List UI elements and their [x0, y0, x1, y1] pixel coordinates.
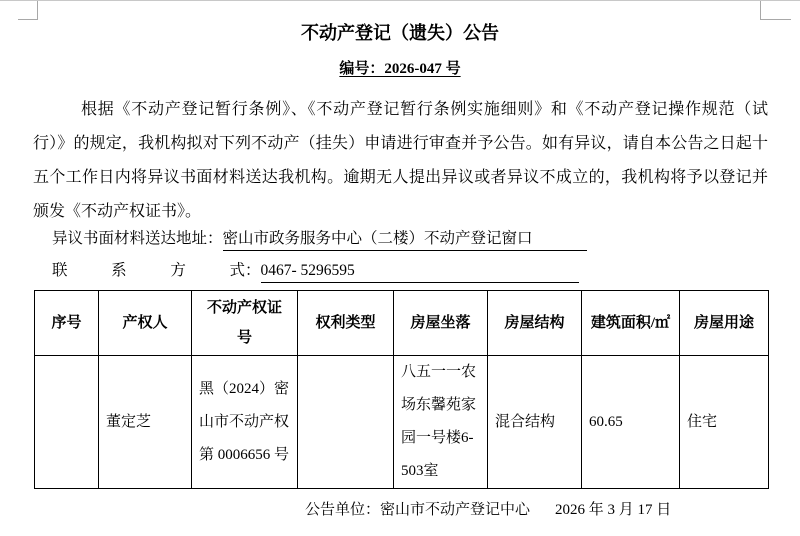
header-seq: 序号 — [35, 291, 99, 356]
text-boundary-mark — [760, 19, 791, 20]
document-number-line: 编号：2026-047 号 — [0, 60, 800, 78]
contact-phone-value: 0467- 5296595 — [261, 261, 579, 283]
contact-line: 联系方式：0467- 5296595 — [52, 261, 800, 283]
document-number: 编号：2026-047 号 — [339, 61, 460, 77]
text-boundary-mark — [37, 1, 38, 20]
cell-right-type — [298, 356, 394, 489]
cell-owner: 董定芝 — [99, 356, 192, 489]
cell-usage: 住宅 — [680, 356, 769, 489]
header-area: 建筑面积/㎡ — [582, 291, 680, 356]
footer-line: 公告单位：密山市不动产登记中心 2026 年 3 月 17 日 — [305, 500, 800, 520]
page-title: 不动产登记（遗失）公告 — [0, 1, 800, 44]
table-header-row: 序号 产权人 不动产权证号 权利类型 房屋坐落 房屋结构 建筑面积/㎡ 房屋用途 — [35, 291, 769, 356]
footer-unit: 公告单位：密山市不动产登记中心 — [305, 500, 530, 520]
table-row: 董定芝 黑（2024）密山市不动产权第 0006656 号 八五一一农场东馨苑家… — [35, 356, 769, 489]
objection-address-value: 密山市政务服务中心（二楼）不动产登记窗口 — [223, 229, 587, 251]
header-owner: 产权人 — [99, 291, 192, 356]
property-table: 序号 产权人 不动产权证号 权利类型 房屋坐落 房屋结构 建筑面积/㎡ 房屋用途… — [34, 290, 769, 489]
cell-structure: 混合结构 — [488, 356, 582, 489]
cell-seq — [35, 356, 99, 489]
header-right-type: 权利类型 — [298, 291, 394, 356]
cell-cert-no: 黑（2024）密山市不动产权第 0006656 号 — [192, 356, 298, 489]
announcement-body: 根据《不动产登记暂行条例》、《不动产登记暂行条例实施细则》和《不动产登记操作规范… — [33, 93, 768, 229]
text-boundary-mark — [18, 19, 38, 20]
cell-area: 60.65 — [582, 356, 680, 489]
contact-colon: ： — [245, 262, 261, 279]
header-usage: 房屋用途 — [680, 291, 769, 356]
header-structure: 房屋结构 — [488, 291, 582, 356]
cell-location: 八五一一农场东馨苑家园一号楼6-503室 — [394, 356, 488, 489]
objection-address-label: 异议书面材料送达地址： — [52, 230, 223, 247]
text-boundary-mark — [760, 1, 761, 20]
contact-label: 联系方式 — [52, 261, 245, 281]
objection-address-line: 异议书面材料送达地址：密山市政务服务中心（二楼）不动产登记窗口 — [52, 229, 800, 251]
header-cert-no: 不动产权证号 — [192, 291, 298, 356]
header-location: 房屋坐落 — [394, 291, 488, 356]
document-page: 不动产登记（遗失）公告 编号：2026-047 号 根据《不动产登记暂行条例》、… — [0, 0, 800, 536]
footer-date: 2026 年 3 月 17 日 — [555, 500, 671, 520]
